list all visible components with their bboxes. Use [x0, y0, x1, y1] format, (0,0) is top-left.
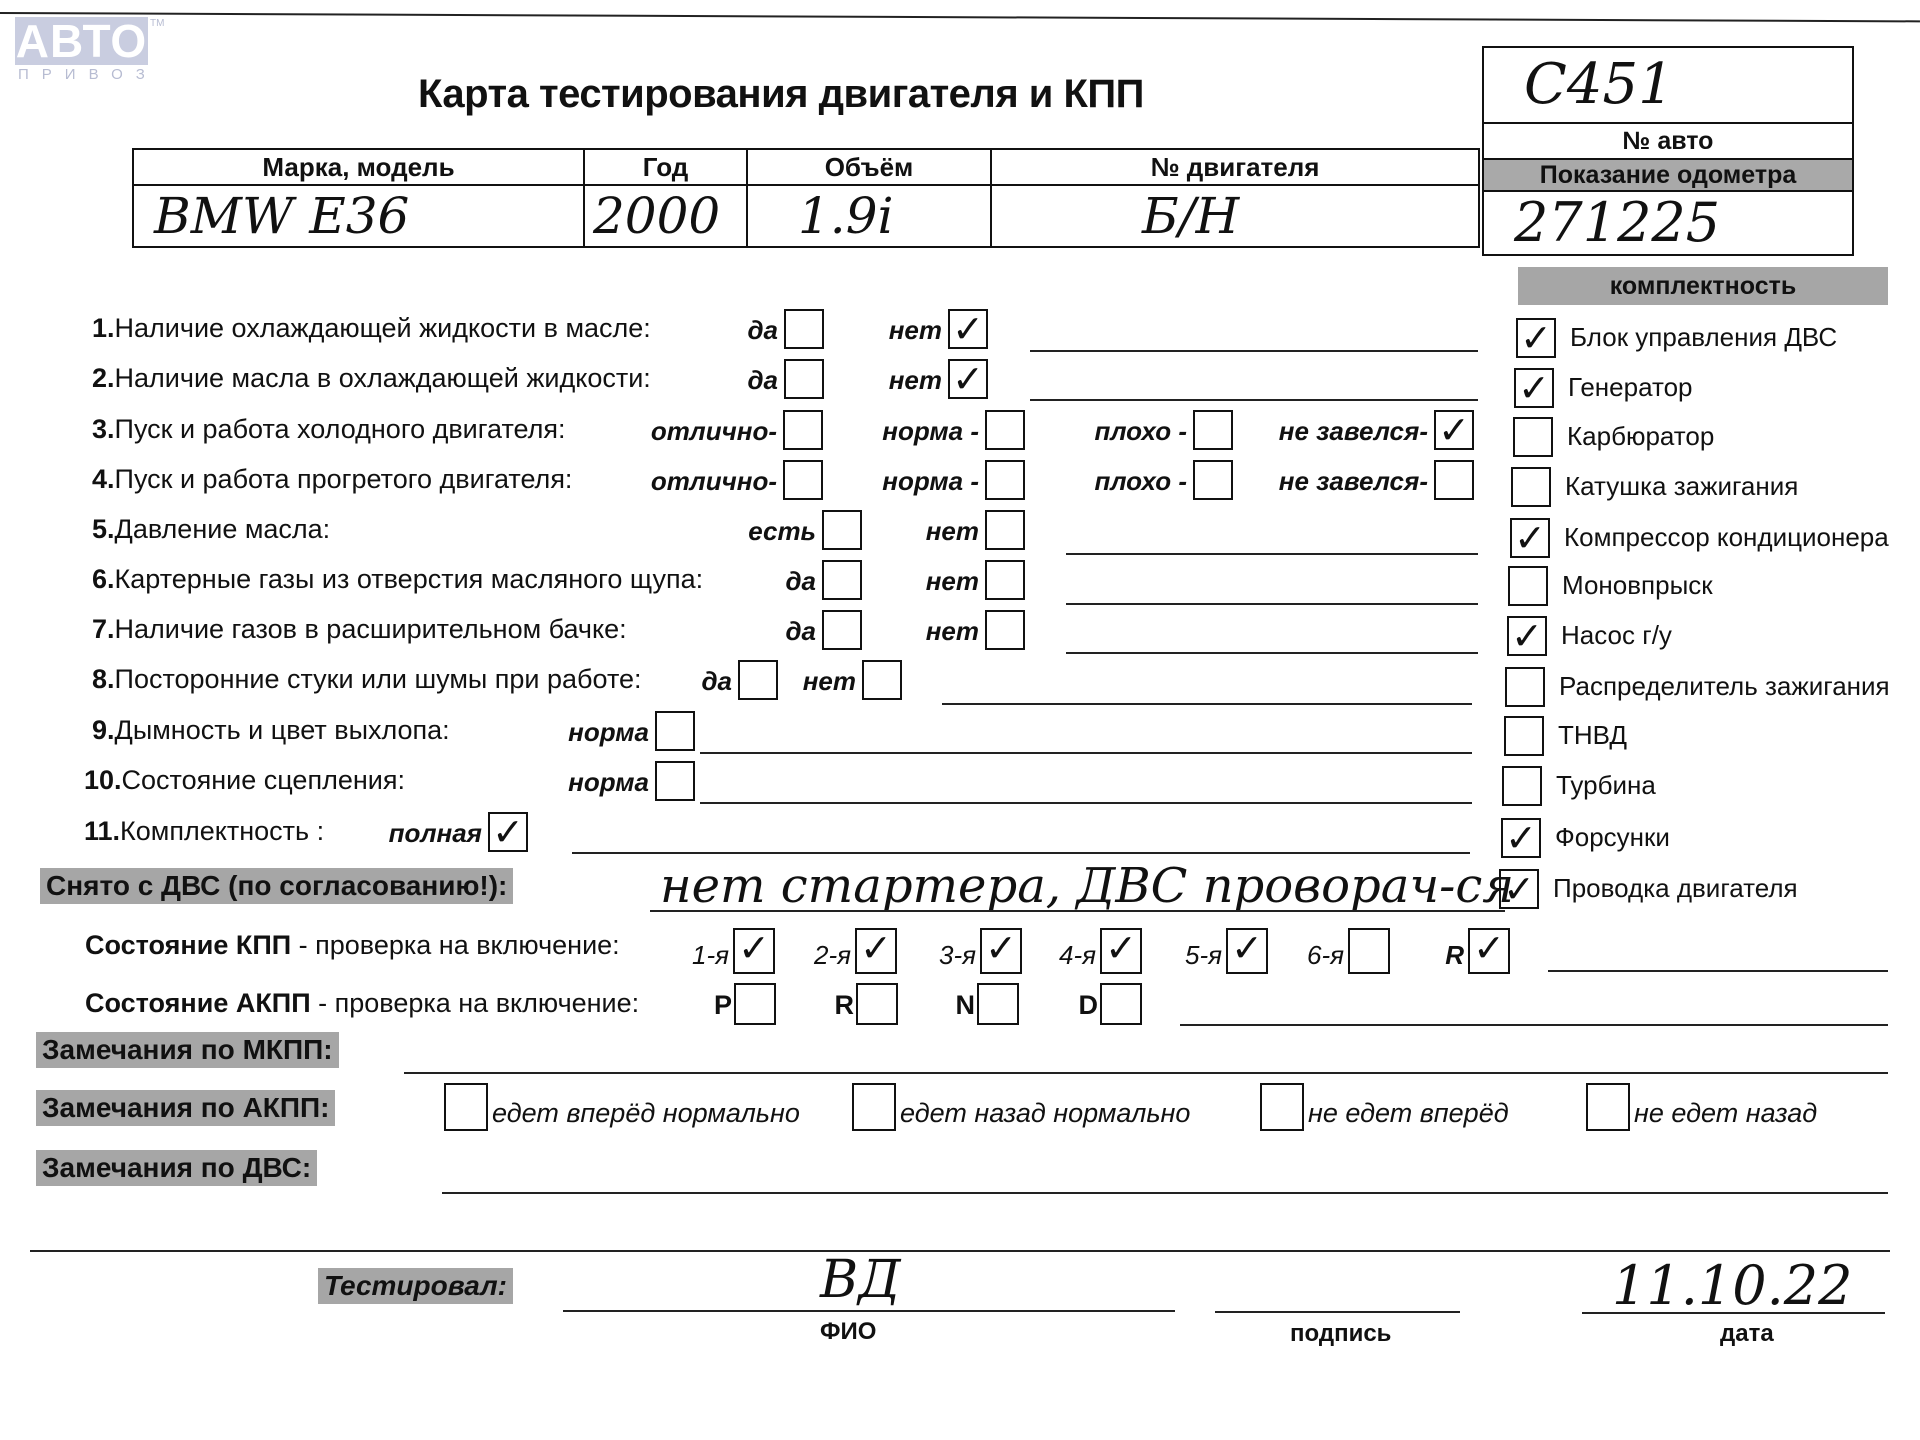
- checklist-item-label: Пуск и работа холодного двигателя:: [115, 414, 566, 444]
- checklist-option-label: нет: [889, 315, 942, 346]
- akpp-position-label: R: [835, 990, 855, 1021]
- gear-checkbox[interactable]: ✓: [1100, 928, 1142, 974]
- date-underline: [1582, 1312, 1885, 1314]
- akpp-remark-label: не едет вперёд: [1308, 1098, 1509, 1129]
- checklist-item-number: 8.: [92, 664, 115, 695]
- checklist-option-label: норма: [568, 767, 649, 798]
- completeness-item-label: ТНВД: [1558, 720, 1627, 751]
- checklist-option-label: да: [747, 315, 778, 346]
- checklist-notes-line[interactable]: [1066, 603, 1478, 605]
- checklist-notes-line[interactable]: [572, 852, 1470, 854]
- tested-by-label: Тестировал:: [318, 1268, 513, 1304]
- checklist-item-number: 10.: [84, 765, 122, 796]
- completeness-item-label: Насос г/у: [1561, 620, 1672, 651]
- checklist-option-label: нет: [926, 516, 979, 547]
- checklist-item-label: Комплектность :: [120, 816, 324, 846]
- completeness-item-label: Катушка зажигания: [1565, 471, 1798, 502]
- checklist-item-label: Наличие газов в расширительном бачке:: [115, 614, 627, 644]
- akpp-remark-label: не едет назад: [1634, 1098, 1817, 1129]
- auto-gearbox-label: Состояние АКПП - проверка на включение:: [85, 988, 639, 1019]
- checklist-checkbox[interactable]: [985, 510, 1025, 550]
- completeness-checkbox[interactable]: [1513, 417, 1553, 457]
- gear-checkbox[interactable]: ✓: [1468, 928, 1510, 974]
- checklist-item-label: Пуск и работа прогретого двигателя:: [115, 464, 573, 494]
- year-field[interactable]: 2000: [584, 185, 747, 247]
- dvs-remarks-label: Замечания по ДВС:: [36, 1150, 317, 1186]
- vehicle-info-table: Марка, модель Год Объём № двигателя BMW …: [132, 148, 1480, 248]
- akpp-remark-checkbox[interactable]: [1586, 1083, 1630, 1131]
- checklist-checkbox[interactable]: [1434, 460, 1474, 500]
- checklist-item-label: Наличие масла в охлаждающей жидкости:: [115, 363, 651, 393]
- checklist-checkbox[interactable]: [862, 660, 902, 700]
- checklist-checkbox[interactable]: [985, 410, 1025, 450]
- checklist-item-number: 3.: [92, 414, 115, 445]
- completeness-checkbox[interactable]: [1508, 566, 1548, 606]
- volume-field[interactable]: 1.9i: [747, 185, 991, 247]
- col-header-volume: Объём: [747, 149, 991, 185]
- akpp-position-label: D: [1079, 990, 1099, 1021]
- checklist-item: 6. Картерные газы из отверстия масляного…: [92, 564, 703, 595]
- checklist-notes-line[interactable]: [1066, 553, 1478, 555]
- completeness-checkbox[interactable]: ✓: [1514, 368, 1554, 408]
- auto-gearbox-label-rest: - проверка на включение:: [311, 988, 640, 1018]
- checklist-item: 4. Пуск и работа прогретого двигателя:: [92, 464, 572, 495]
- checklist-item-number: 5.: [92, 514, 115, 545]
- gear-label: 5-я: [1185, 940, 1222, 971]
- checklist-notes-line[interactable]: [1030, 350, 1478, 352]
- completeness-checkbox[interactable]: [1504, 716, 1544, 756]
- checklist-item-label: Состояние сцепления:: [122, 765, 405, 795]
- checklist-checkbox[interactable]: [822, 610, 862, 650]
- completeness-item-label: Проводка двигателя: [1553, 873, 1798, 904]
- completeness-item-label: Форсунки: [1555, 822, 1670, 853]
- checklist-item-label: Картерные газы из отверстия масляного щу…: [115, 564, 704, 594]
- odometer-label: Показание одометра: [1484, 160, 1852, 192]
- completeness-checkbox[interactable]: ✓: [1510, 518, 1550, 558]
- checklist-checkbox[interactable]: [783, 460, 823, 500]
- date-caption: дата: [1720, 1320, 1774, 1348]
- akpp-remark-checkbox[interactable]: [852, 1083, 896, 1131]
- checklist-item-number: 9.: [92, 715, 115, 746]
- akpp-remark-checkbox[interactable]: [444, 1083, 488, 1131]
- checklist-item: 8. Посторонние стуки или шумы при работе…: [92, 664, 642, 695]
- checklist-notes-line[interactable]: [700, 752, 1472, 754]
- manual-gearbox-label: Состояние КПП - проверка на включение:: [85, 930, 620, 961]
- checklist-checkbox[interactable]: [822, 510, 862, 550]
- completeness-item-label: Компрессор кондиционера: [1564, 522, 1889, 553]
- checklist-item: 3. Пуск и работа холодного двигателя:: [92, 414, 566, 445]
- akpp-position-label: N: [956, 990, 976, 1021]
- section-divider: [30, 1250, 1890, 1252]
- top-border-line: [0, 12, 1920, 22]
- checklist-checkbox[interactable]: [1193, 460, 1233, 500]
- dvs-remarks-field[interactable]: [442, 1192, 1888, 1194]
- checklist-notes-line[interactable]: [700, 802, 1472, 804]
- gear-checkbox[interactable]: ✓: [1226, 928, 1268, 974]
- akpp-position-checkbox[interactable]: [1100, 983, 1142, 1025]
- checklist-checkbox[interactable]: [985, 610, 1025, 650]
- gear-checkbox[interactable]: [1348, 928, 1390, 974]
- tester-name-field[interactable]: BД: [820, 1250, 901, 1310]
- akpp-position-checkbox[interactable]: [977, 983, 1019, 1025]
- checklist-checkbox[interactable]: [1193, 410, 1233, 450]
- checklist-option-label: да: [747, 365, 778, 396]
- akpp-remark-checkbox[interactable]: [1260, 1083, 1304, 1131]
- mkpp-remarks-label: Замечания по МКПП:: [36, 1032, 339, 1068]
- trademark-mark: TM: [150, 18, 164, 29]
- checklist-checkbox[interactable]: [784, 359, 824, 399]
- checklist-item-label: Наличие охлаждающей жидкости в масле:: [115, 313, 651, 343]
- checklist-item-number: 2.: [92, 363, 115, 394]
- auto-gearbox-label-bold: Состояние АКПП: [85, 988, 311, 1018]
- gear-label: R: [1445, 940, 1464, 971]
- auto-gearbox-line: [1180, 1024, 1888, 1026]
- completeness-item-label: Карбюратор: [1567, 421, 1714, 452]
- akpp-position-checkbox[interactable]: [734, 983, 776, 1025]
- checklist-item: 10. Состояние сцепления:: [84, 765, 405, 796]
- checklist-notes-line[interactable]: [942, 703, 1472, 705]
- make-model-field[interactable]: BMW E36: [133, 185, 584, 247]
- checklist-option-label: есть: [748, 516, 816, 547]
- checklist-option-label: отлично-: [651, 416, 777, 447]
- checklist-checkbox[interactable]: [822, 560, 862, 600]
- gear-label: 2-я: [814, 940, 851, 971]
- checklist-option-label: нет: [889, 365, 942, 396]
- checklist-item-number: 7.: [92, 614, 115, 645]
- akpp-position-label: P: [714, 990, 732, 1021]
- completeness-checkbox[interactable]: ✓: [1501, 818, 1541, 858]
- checklist-checkbox[interactable]: [985, 560, 1025, 600]
- checklist-item: 5. Давление масла:: [92, 514, 330, 545]
- akpp-remarks-label: Замечания по АКПП:: [36, 1090, 335, 1126]
- gear-label: 4-я: [1059, 940, 1096, 971]
- signature-field[interactable]: [1215, 1311, 1460, 1313]
- checklist-checkbox[interactable]: [655, 711, 695, 751]
- akpp-position-checkbox[interactable]: [856, 983, 898, 1025]
- completeness-item-label: Моновпрыск: [1562, 570, 1713, 601]
- checklist-item: 9. Дымность и цвет выхлопа:: [92, 715, 450, 746]
- checklist-checkbox[interactable]: [738, 660, 778, 700]
- name-underline: [563, 1310, 1175, 1312]
- mkpp-remarks-field[interactable]: [404, 1072, 1888, 1074]
- checklist-option-label: да: [785, 566, 816, 597]
- removed-note-underline: [650, 910, 1505, 912]
- gear-label: 6-я: [1307, 940, 1344, 971]
- gear-checkbox[interactable]: ✓: [855, 928, 897, 974]
- checklist-item-label: Давление масла:: [115, 514, 331, 544]
- removed-label: Снято с ДВС (по согласованию!):: [40, 868, 513, 904]
- col-header-year: Год: [584, 149, 747, 185]
- checklist-item-number: 11.: [84, 816, 120, 847]
- checklist-checkbox[interactable]: [655, 761, 695, 801]
- checklist-checkbox[interactable]: ✓: [1434, 410, 1474, 450]
- page-title: Карта тестирования двигателя и КПП: [418, 72, 1144, 117]
- brand-logo: АВТО: [15, 17, 148, 65]
- brand-logo-subtext: ПРИВОЗ: [18, 66, 158, 83]
- completeness-checkbox[interactable]: ✓: [1507, 616, 1547, 656]
- checklist-checkbox[interactable]: [985, 460, 1025, 500]
- manual-gearbox-label-bold: Состояние КПП: [85, 930, 291, 960]
- manual-gearbox-label-rest: - проверка на включение:: [291, 930, 620, 960]
- checklist-item-number: 4.: [92, 464, 115, 495]
- completeness-item-label: Генератор: [1568, 372, 1693, 403]
- checklist-option-label: отлично-: [651, 466, 777, 497]
- completeness-checkbox[interactable]: [1511, 467, 1551, 507]
- name-caption: ФИО: [820, 1318, 876, 1346]
- checklist-option-label: норма -: [882, 466, 979, 497]
- checklist-item-number: 1.: [92, 313, 115, 344]
- checklist-option-label: не завелся-: [1279, 466, 1428, 497]
- checklist-option-label: не завелся-: [1279, 416, 1428, 447]
- checklist-option-label: плохо -: [1094, 416, 1187, 447]
- checklist-option-label: да: [785, 616, 816, 647]
- checklist-notes-line[interactable]: [1066, 652, 1478, 654]
- checklist-item: 2. Наличие масла в охлаждающей жидкости:: [92, 363, 651, 394]
- checklist-item: 7. Наличие газов в расширительном бачке:: [92, 614, 627, 645]
- completeness-checkbox[interactable]: ✓: [1516, 318, 1556, 358]
- gear-label: 1-я: [692, 940, 729, 971]
- col-header-engine-number: № двигателя: [991, 149, 1479, 185]
- signature-caption: подпись: [1290, 1320, 1391, 1348]
- completeness-item-label: Турбина: [1556, 770, 1656, 801]
- checklist-option-label: нет: [926, 566, 979, 597]
- manual-gearbox-line: [1548, 970, 1888, 972]
- checklist-checkbox[interactable]: ✓: [948, 359, 988, 399]
- completeness-item-label: Распределитель зажигания: [1559, 671, 1890, 702]
- checklist-item: 11. Комплектность :: [84, 816, 324, 847]
- date-field[interactable]: 11.10.22: [1612, 1254, 1852, 1317]
- car-info-box: C451 № авто Показание одометра 271225: [1482, 46, 1854, 256]
- checklist-checkbox[interactable]: [784, 309, 824, 349]
- checklist-item-label: Посторонние стуки или шумы при работе:: [115, 664, 642, 694]
- completeness-item-label: Блок управления ДВС: [1570, 322, 1837, 353]
- checklist-item-number: 6.: [92, 564, 115, 595]
- car-number-field[interactable]: C451: [1484, 48, 1852, 124]
- gear-checkbox[interactable]: ✓: [980, 928, 1022, 974]
- akpp-remark-label: едет вперёд нормально: [492, 1098, 800, 1129]
- checklist-checkbox[interactable]: ✓: [488, 812, 528, 852]
- checklist-option-label: нет: [926, 616, 979, 647]
- akpp-remark-label: едет назад нормально: [900, 1098, 1190, 1129]
- checklist-option-label: норма: [568, 717, 649, 748]
- gear-label: 3-я: [939, 940, 976, 971]
- checklist-checkbox[interactable]: [783, 410, 823, 450]
- checklist-checkbox[interactable]: ✓: [948, 309, 988, 349]
- car-number-label: № авто: [1484, 124, 1852, 160]
- checklist-option-label: плохо -: [1094, 466, 1187, 497]
- checklist-item-label: Дымность и цвет выхлопа:: [115, 715, 450, 745]
- col-header-make-model: Марка, модель: [133, 149, 584, 185]
- checklist-item: 1. Наличие охлаждающей жидкости в масле:: [92, 313, 651, 344]
- checklist-option-label: норма -: [882, 416, 979, 447]
- checklist-notes-line[interactable]: [1030, 399, 1478, 401]
- completeness-header: комплектность: [1518, 267, 1888, 305]
- completeness-checkbox[interactable]: [1502, 766, 1542, 806]
- engine-number-field[interactable]: Б/Н: [991, 185, 1479, 247]
- odometer-field[interactable]: 271225: [1484, 192, 1852, 254]
- checklist-option-label: полная: [389, 818, 482, 849]
- checklist-option-label: нет: [803, 666, 856, 697]
- checklist-option-label: да: [701, 666, 732, 697]
- gear-checkbox[interactable]: ✓: [733, 928, 775, 974]
- completeness-checkbox[interactable]: [1505, 667, 1545, 707]
- removed-note-field[interactable]: нет стартера, ДВС проворач-ся: [660, 858, 1514, 914]
